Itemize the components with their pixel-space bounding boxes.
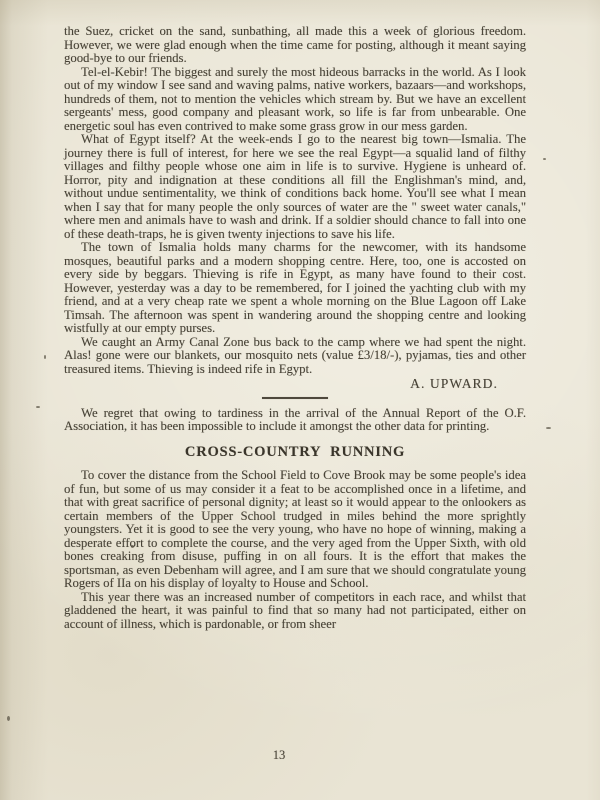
ink-speck — [7, 716, 10, 721]
cross-country-paragraph: To cover the distance from the School Fi… — [64, 469, 526, 591]
ink-speck — [546, 427, 551, 429]
page-text-column: the Suez, cricket on the sand, sunbathin… — [64, 25, 526, 631]
ink-speck — [131, 545, 134, 548]
egypt-paragraph: What of Egypt itself? At the week-ends I… — [64, 133, 526, 241]
egypt-paragraph-continuation: the Suez, cricket on the sand, sunbathin… — [64, 25, 526, 66]
page-number: 13 — [0, 748, 558, 763]
author-signature: A. UPWARD. — [64, 377, 526, 391]
egypt-paragraph: The town of Ismalia holds many charms fo… — [64, 241, 526, 336]
cross-country-paragraph: This year there was an increased number … — [64, 591, 526, 632]
section-divider — [262, 397, 328, 399]
ink-speck — [44, 355, 46, 359]
editorial-notice: We regret that owing to tardiness in the… — [64, 407, 526, 434]
magazine-page: the Suez, cricket on the sand, sunbathin… — [0, 0, 600, 800]
egypt-paragraph: We caught an Army Canal Zone bus back to… — [64, 336, 526, 377]
ink-speck — [543, 158, 546, 160]
ink-speck — [36, 406, 40, 408]
egypt-paragraph: Tel-el-Kebir! The biggest and surely the… — [64, 66, 526, 134]
section-heading-cross-country-running: CROSS-COUNTRY RUNNING — [64, 446, 526, 460]
